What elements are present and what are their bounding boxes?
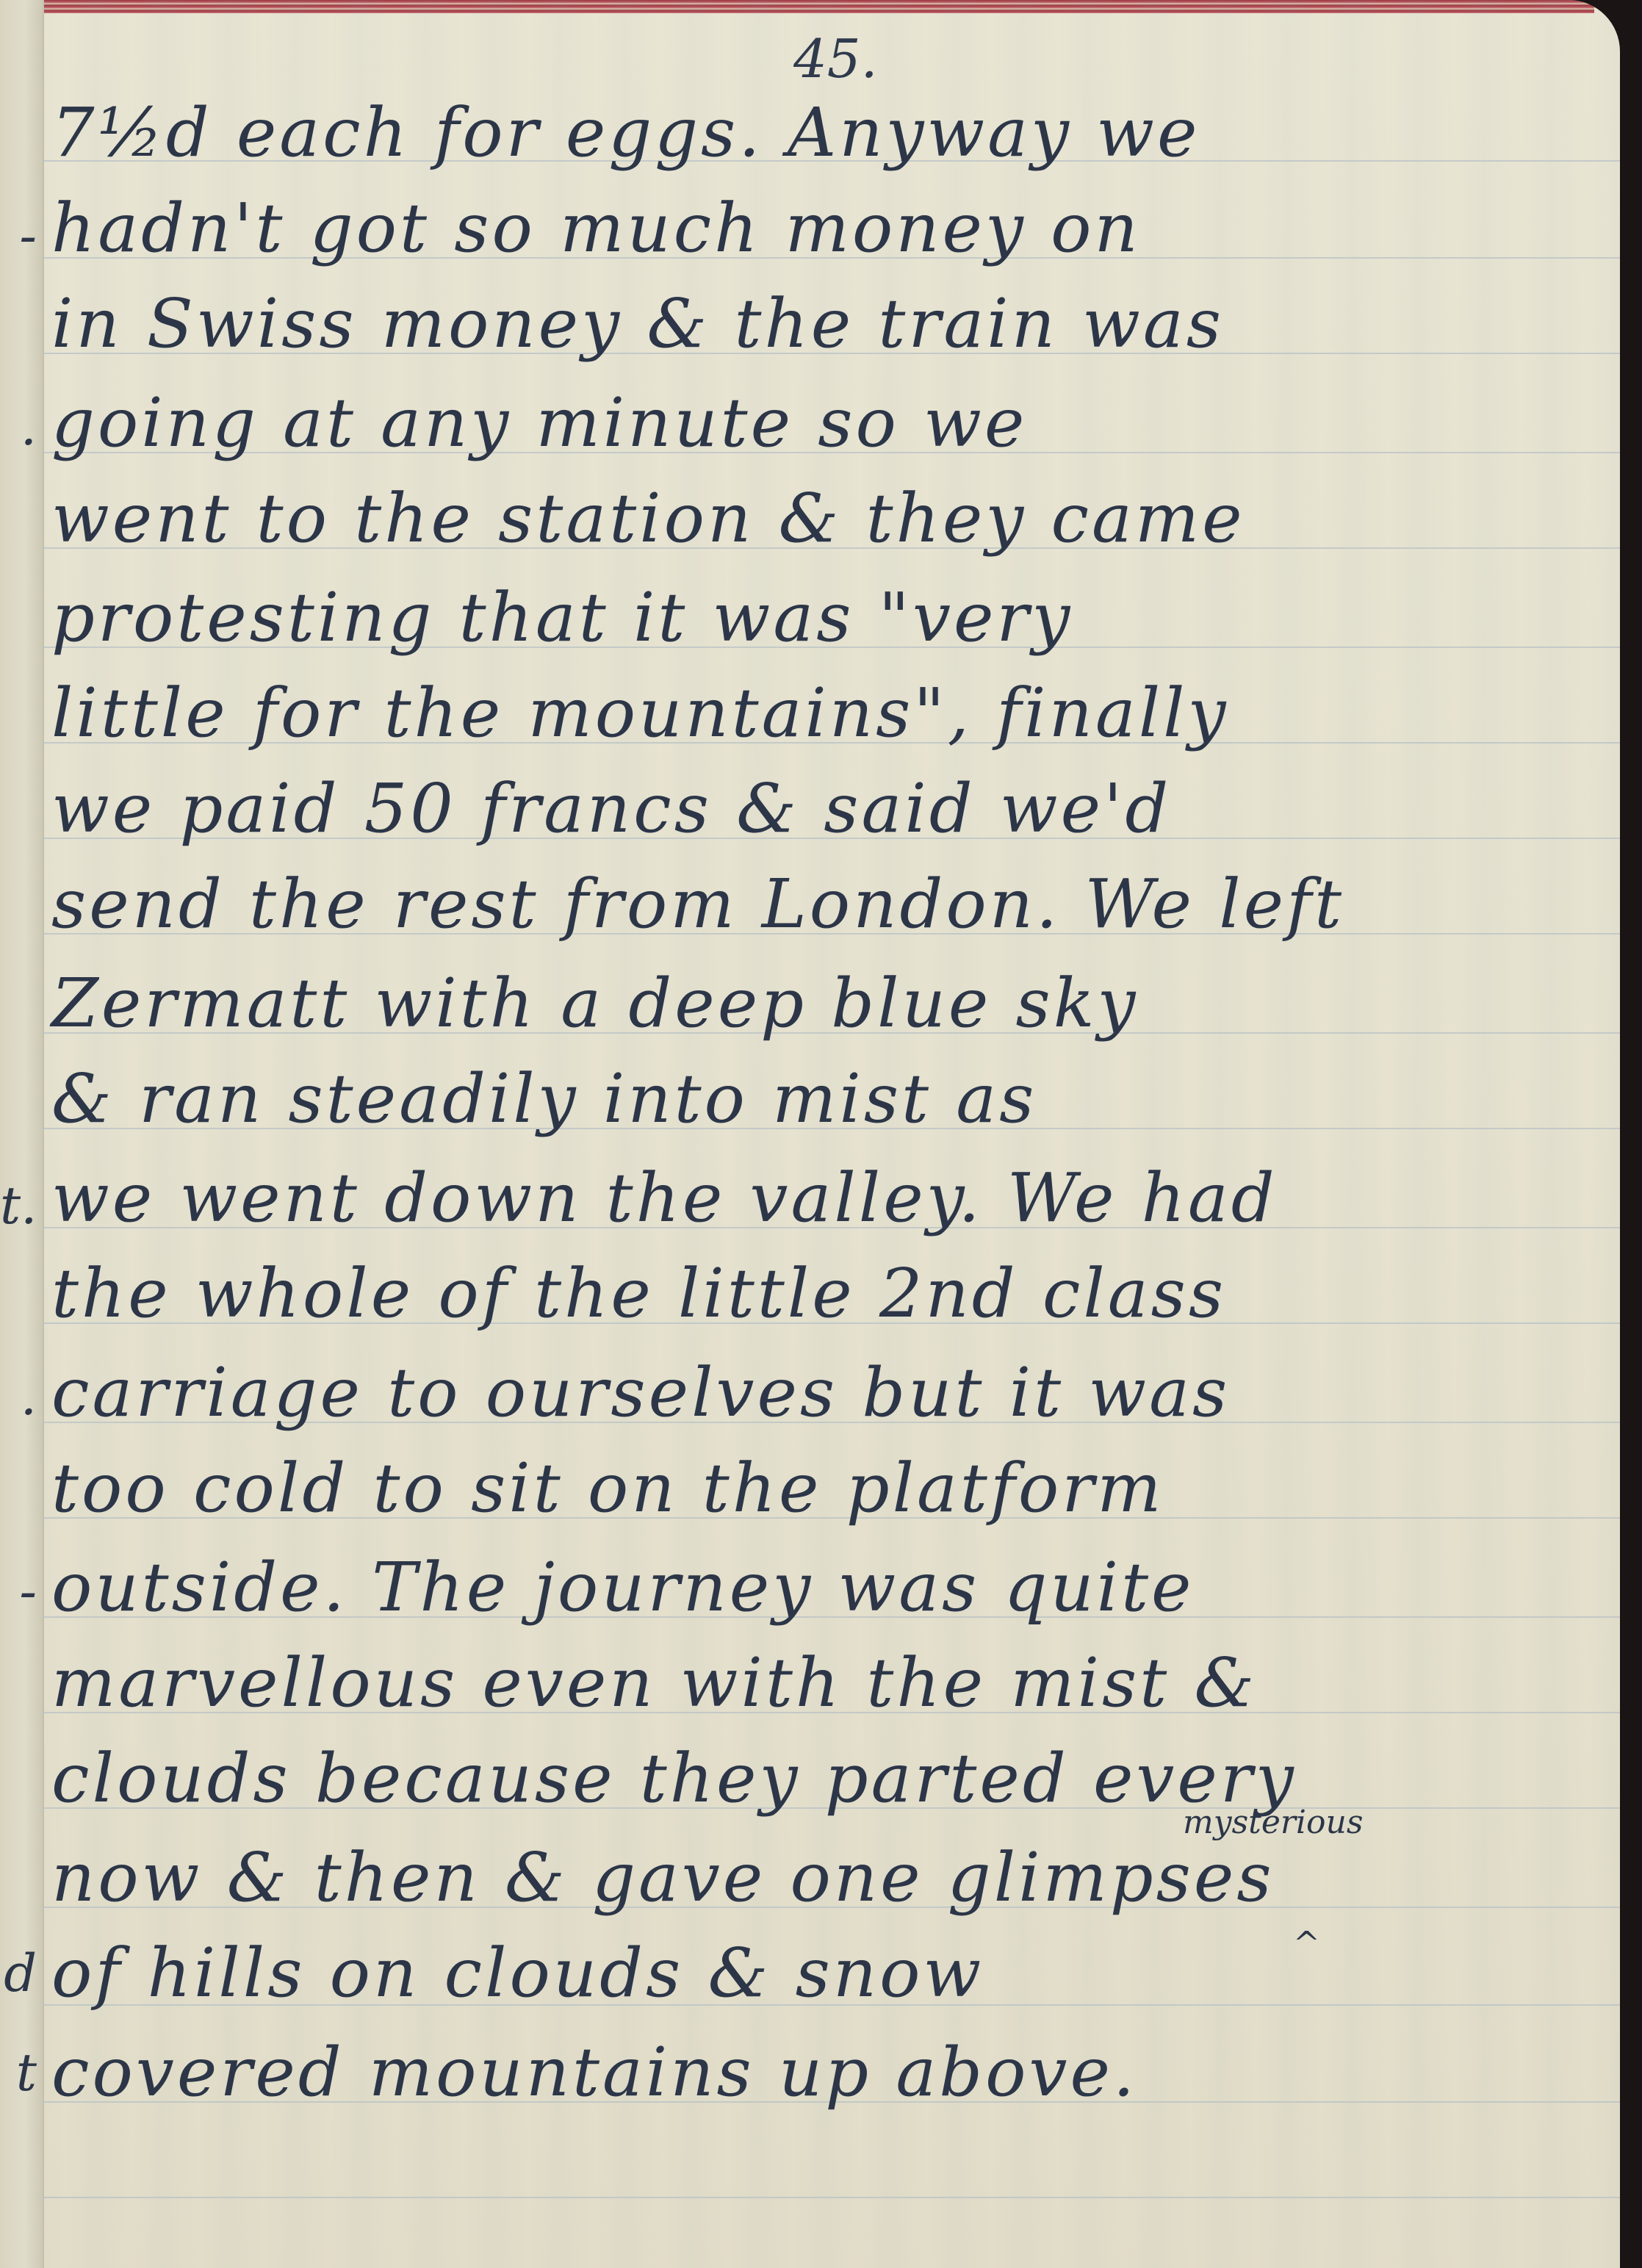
handwritten-line: 7½d each for eggs. Anyway we: [51, 99, 1576, 167]
handwritten-line: went to the station & they came: [51, 485, 1576, 552]
handwritten-line: Zermatt with a deep blue sky: [51, 970, 1576, 1037]
handwritten-line: in Swiss money & the train was: [51, 290, 1576, 358]
page-number: 45.: [793, 28, 878, 90]
handwritten-line: of hills on clouds & snow: [51, 1940, 1576, 2007]
red-page-edge: [0, 0, 1594, 13]
handwritten-line: protesting that it was "very: [51, 584, 1576, 652]
margin-mark: .: [0, 1367, 37, 1427]
handwritten-line: send the rest from London. We left: [51, 871, 1576, 938]
handwritten-line: little for the mountains", finally: [51, 680, 1576, 747]
handwritten-line: we paid 50 francs & said we'd: [51, 775, 1576, 843]
margin-mark: t.: [0, 1176, 37, 1236]
handwritten-line: clouds because they parted every: [51, 1745, 1576, 1812]
margin-mark: -: [0, 206, 37, 266]
handwritten-line: outside. The journey was quite: [51, 1554, 1576, 1621]
handwritten-line: covered mountains up above.: [51, 2039, 1576, 2106]
handwritten-line: now & then & gave one glimpses: [51, 1844, 1576, 1912]
handwritten-line: marvellous even with the mist &: [51, 1649, 1576, 1717]
previous-page-strip: [0, 0, 44, 2268]
handwritten-line: carriage to ourselves but it was: [51, 1359, 1576, 1427]
margin-mark: -: [0, 1561, 37, 1621]
caret-mark: ^: [1293, 1925, 1320, 1962]
handwritten-line: & ran steadily into mist as: [51, 1065, 1576, 1133]
margin-mark: t: [0, 2042, 37, 2103]
ruled-line: [43, 2197, 1620, 2198]
handwritten-line: the whole of the little 2nd class: [51, 1260, 1576, 1328]
handwritten-line: too cold to sit on the platform: [51, 1455, 1576, 1522]
notebook-page: 45. 7½d each for eggs. Anyway we hadn't …: [0, 0, 1620, 2268]
margin-mark: .: [0, 397, 37, 457]
interlinear-insertion: mysterious: [1183, 1804, 1363, 1841]
handwritten-line: going at any minute so we: [51, 389, 1576, 457]
margin-mark: d: [0, 1943, 37, 2004]
handwritten-line: hadn't got so much money on: [51, 195, 1576, 262]
handwritten-line: we went down the valley. We had: [51, 1164, 1576, 1232]
